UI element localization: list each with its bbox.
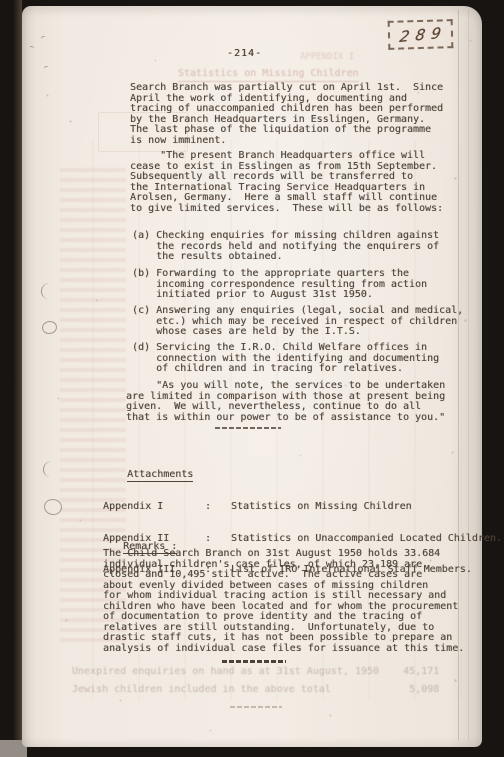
letter-paragraph-1: Search Branch was partially cut on April…	[130, 83, 443, 146]
attachment-description: Statistics on Missing Children	[231, 502, 412, 513]
letter-item-d: (d) Servicing the I.R.O. Child Welfare o…	[132, 343, 439, 375]
attachment-description: Statistics on Unaccompanied Located Chil…	[231, 534, 502, 545]
attachment-row: Appendix I:Statistics on Missing Childre…	[103, 502, 502, 513]
paper-speckles	[0, 0, 1, 1]
bleed-through-stat-line-2: Jewish children included in the above to…	[72, 685, 439, 696]
stamp-number: 289	[393, 23, 448, 46]
typed-divider	[222, 660, 286, 663]
letter-paragraph-2: "The present Branch Headquarters office …	[130, 151, 443, 214]
letter-item-c: (c) Answering any enquiries (legal, soci…	[132, 306, 463, 338]
typed-divider-faint	[230, 706, 282, 708]
archive-number-stamp: 289	[388, 19, 454, 50]
letter-closing-paragraph: "As you will note, the services to be un…	[126, 381, 445, 423]
scanned-document-page: APPENDIX I Statistics on Missing Childre…	[0, 0, 504, 757]
letter-item-b: (b) Forwarding to the appropriate quarte…	[132, 269, 427, 301]
page-number: -214-	[227, 48, 262, 59]
typed-divider	[215, 427, 281, 429]
bleed-through-heading: Statistics on Missing Children	[178, 69, 359, 82]
bleed-through-appendix-label: APPENDIX I	[300, 52, 354, 63]
remarks-body: The Child Search Branch on 31st August 1…	[103, 549, 464, 654]
attachment-label: Appendix I	[103, 502, 205, 513]
letter-item-a: (a) Checking enquiries for missing child…	[132, 231, 439, 263]
paper-edge-line	[468, 10, 469, 740]
attachment-separator: :	[205, 502, 231, 513]
bleed-through-stat-line-1: Unexpired enquiries on hand as at 31st A…	[72, 667, 439, 678]
book-spine-shadow	[13, 0, 22, 757]
attachment-separator: :	[205, 534, 231, 545]
